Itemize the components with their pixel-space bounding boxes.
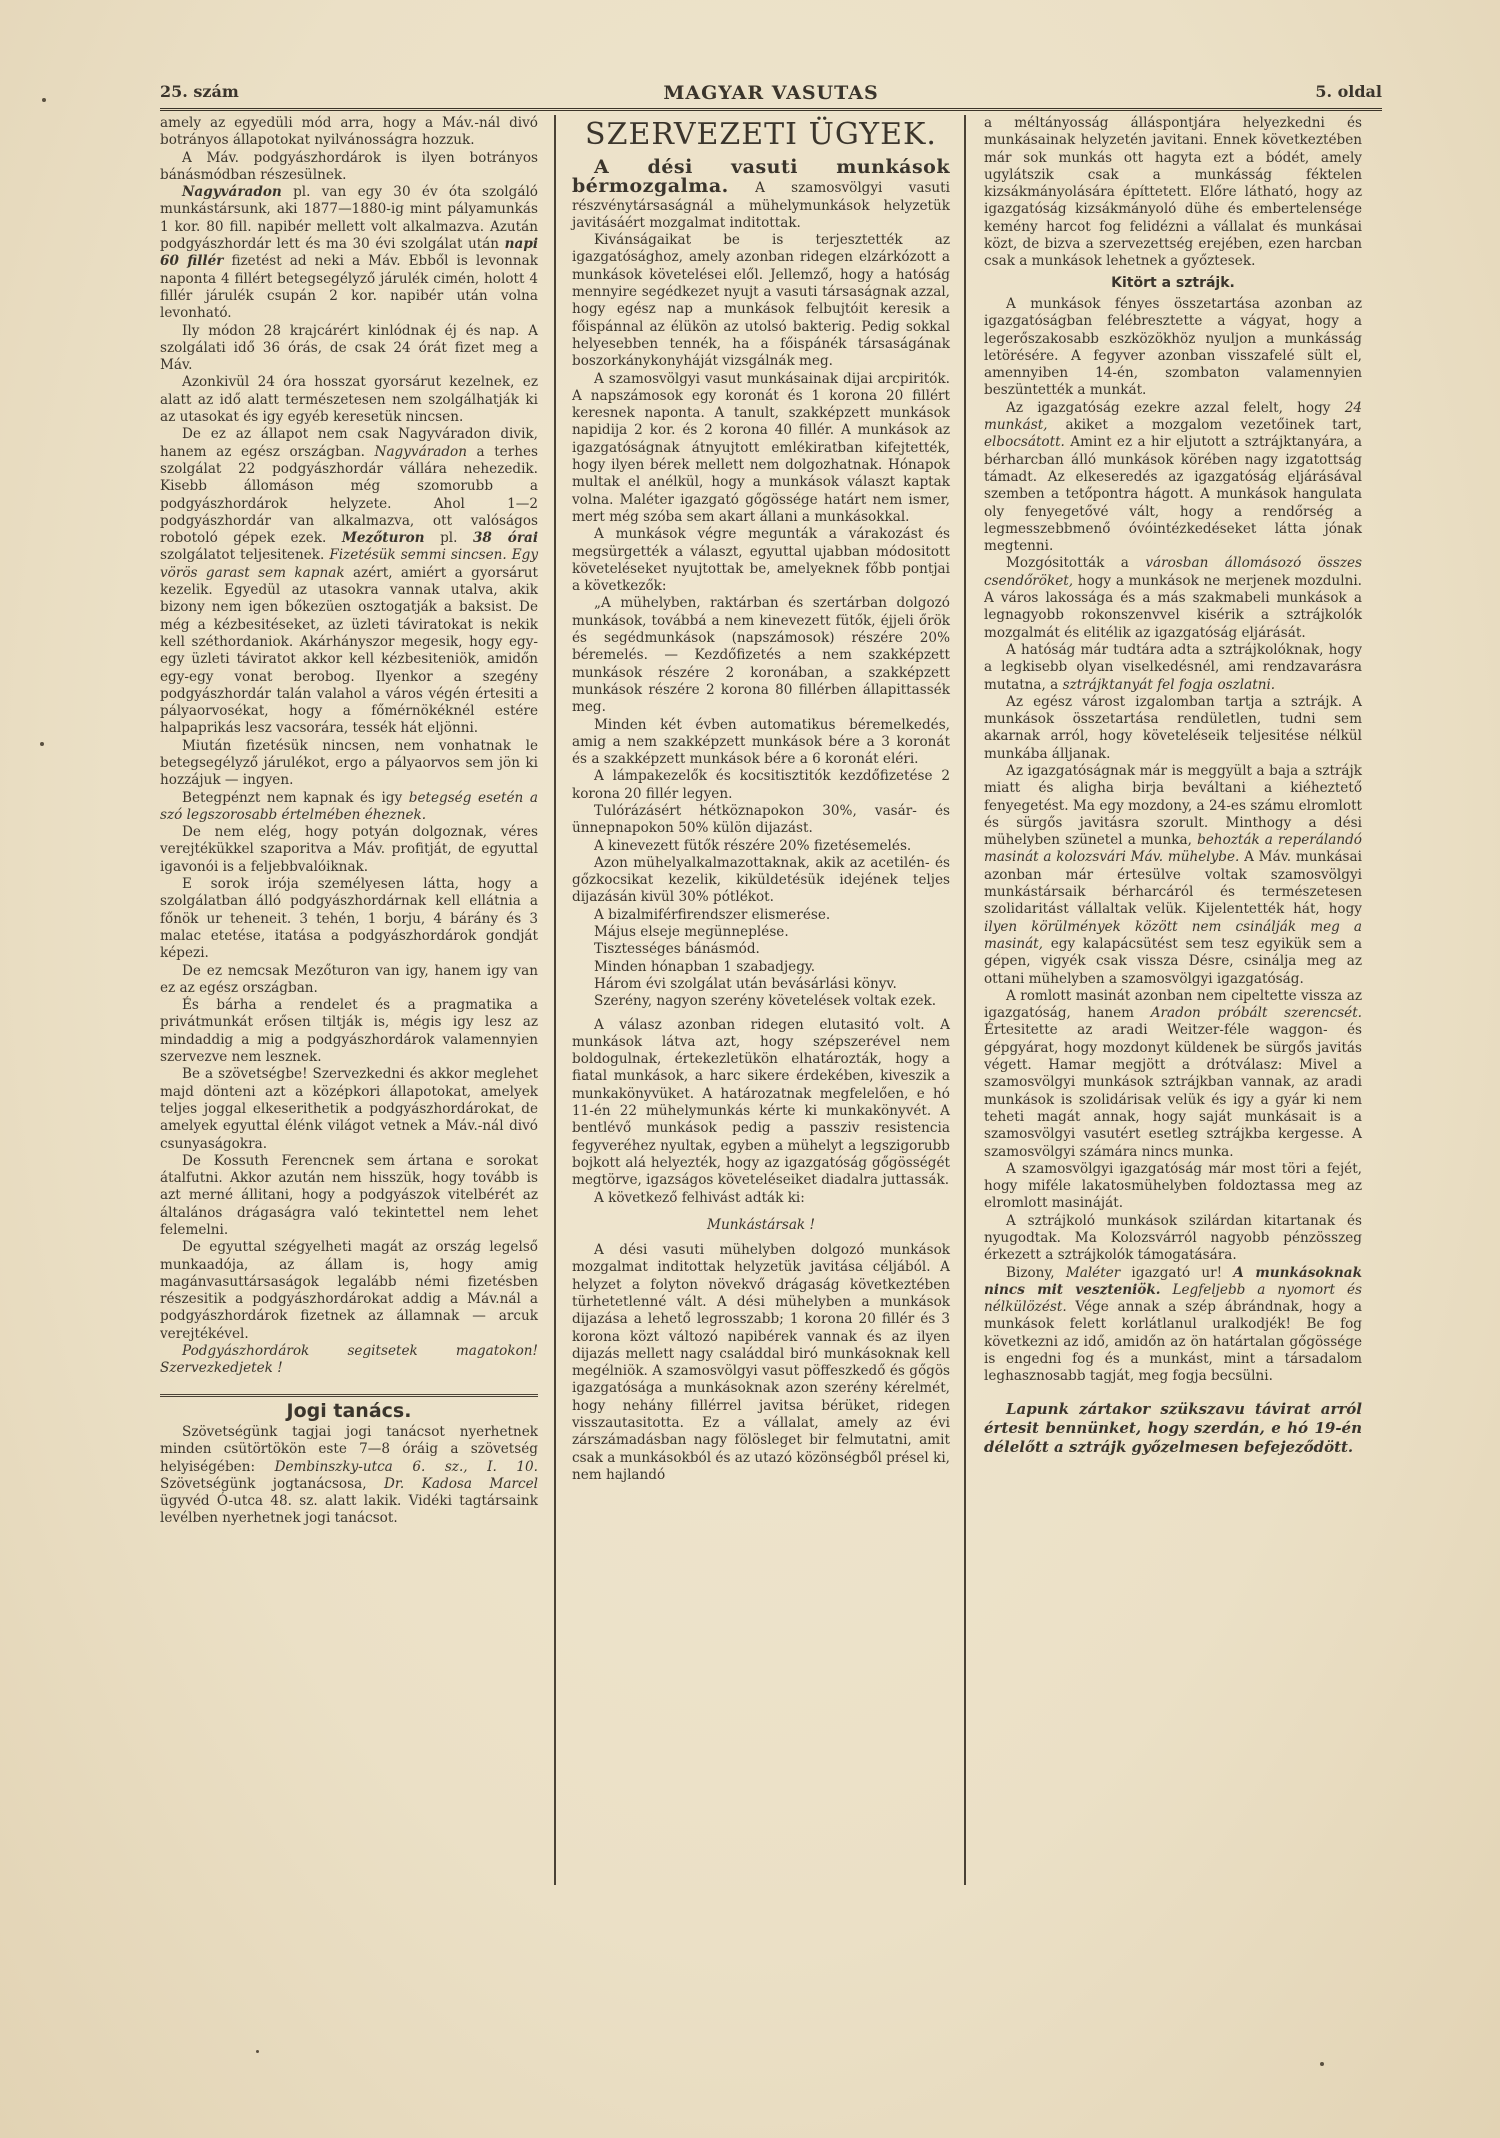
paragraph: Szerény, nagyon szerény követelések volt… [572,993,950,1010]
columns: amely az egyedüli mód arra, hogy a Máv.-… [160,115,1382,1885]
paragraph: A munkások fényes összetartása azonban a… [984,296,1362,400]
print-speck [256,2050,259,2053]
page-number: 5. oldal [1315,82,1382,101]
paragraph: A hatóság már tudtára adta a sztrájkolók… [984,642,1362,694]
paragraph: E sorok irója személyesen látta, hogy a … [160,876,538,962]
column-3: a méltányosság álláspontjára helyezkedni… [966,115,1362,1885]
paragraph: Azonkivül 24 óra hosszat gyorsárut kezel… [160,374,538,426]
legal-advice-heading: Jogi tanács. [160,1403,538,1420]
paragraph: A munkások végre megunták a várakozást é… [572,526,950,595]
paragraph: Az igazgatóság ezekre azzal felelt, hogy… [984,400,1362,556]
paragraph: amely az egyedüli mód arra, hogy a Máv.-… [160,115,538,150]
paragraph: A válasz azonban ridegen elutasitó volt.… [572,1017,950,1190]
paragraph: De nem elég, hogy potyán dolgoznak, vére… [160,824,538,876]
demand-item: Azon mühelyalkalmazottaknak, akik az ace… [572,855,950,907]
print-speck [42,98,46,102]
demand-item: Három évi szolgálat után bevásárlási kön… [572,976,950,993]
slogan: Podgyászhordárok segitsetek magatokon! S… [160,1343,538,1378]
paragraph: Mozgósitották a városban állomásozó össz… [984,555,1362,641]
paragraph: A Máv. podgyászhordárok is ilyen botrány… [160,150,538,185]
demand-item: A lámpakezelők és kocsitisztitók kezdőfi… [572,768,950,803]
print-speck [40,742,44,746]
paragraph: A dési vasuti mühelyben dolgozó munkások… [572,1242,950,1484]
demand-item: Tulórázásért hétköznapokon 30%, vasár- é… [572,803,950,838]
paragraph: Ily módon 28 krajcárért kinlódnak éj és … [160,323,538,375]
paragraph: A sztrájkoló munkások szilárdan kitartan… [984,1213,1362,1265]
demand-item: A bizalmiférfirendszer elismerése. [572,907,950,924]
paragraph: Az igazgatóságnak már is meggyült a baja… [984,763,1362,988]
paragraph: Bizony, Maléter igazgató ur! A munkásokn… [984,1265,1362,1386]
paragraph: A következő felhivást adták ki: [572,1190,950,1207]
paragraph: De ez az állapot nem csak Nagyváradon di… [160,426,538,737]
newspaper-title: MAGYAR VASUTAS [160,82,1382,104]
paragraph: A szamosvölgyi igazgatóság már most töri… [984,1161,1362,1213]
legal-advice-paragraph: Szövetségünk tagjai jogi tanácsot nyerhe… [160,1424,538,1528]
demand-item: Tisztességes bánásmód. [572,941,950,958]
paragraph: De ez nemcsak Mezőturon van igy, hanem i… [160,963,538,998]
strike-subheading: Kitört a sztrájk. [984,275,1362,292]
newspaper-page: 25. szám MAGYAR VASUTAS 5. oldal amely a… [160,80,1382,1885]
section-title: SZERVEZETI ÜGYEK. [572,117,950,153]
demand-item: „A mühelyben, raktárban és szertárban do… [572,595,950,716]
paragraph: A romlott masinát azonban nem cipeltette… [984,988,1362,1161]
salutation: Munkástársak ! [572,1217,950,1234]
paragraph: De Kossuth Ferencnek sem ártana e soroka… [160,1153,538,1239]
demand-item: A kinevezett fütők részére 20% fizetésem… [572,838,950,855]
paragraph: a méltányosság álláspontjára helyezkedni… [984,115,1362,271]
paragraph: Betegpénzt nem kapnak és igy betegség es… [160,790,538,825]
paragraph: Miután fizetésük nincsen, nem vonhatnak … [160,738,538,790]
paragraph: Kivánságaikat be is terjesztették az iga… [572,232,950,370]
section-divider [160,1394,538,1397]
print-speck [1320,2062,1324,2066]
masthead: 25. szám MAGYAR VASUTAS 5. oldal [160,80,1382,111]
paragraph: Az egész várost izgalomban tartja a sztr… [984,694,1362,763]
demand-item: Minden két évben automatikus béremelkedé… [572,717,950,769]
paragraph: Nagyváradon pl. van egy 30 év óta szolgá… [160,184,538,322]
column-1: amely az egyedüli mód arra, hogy a Máv.-… [160,115,556,1885]
paragraph: De egyuttal szégyelheti magát az ország … [160,1239,538,1343]
paragraph: A szamosvölgyi vasut munkásainak dijai a… [572,371,950,527]
demand-item: Minden hónapban 1 szabadjegy. [572,959,950,976]
paragraph: Be a szövetségbe! Szervezkedni és akkor … [160,1066,538,1152]
article-lead: A dési vasuti munkások bérmozgalma. A sz… [572,159,950,232]
closing-telegram-note: Lapunk zártakor szükszavu távirat arról … [984,1400,1362,1457]
demand-item: Május elseje megünneplése. [572,924,950,941]
column-2: SZERVEZETI ÜGYEK. A dési vasuti munkások… [556,115,966,1885]
paragraph: És bárha a rendelet és a pragmatika a pr… [160,997,538,1066]
